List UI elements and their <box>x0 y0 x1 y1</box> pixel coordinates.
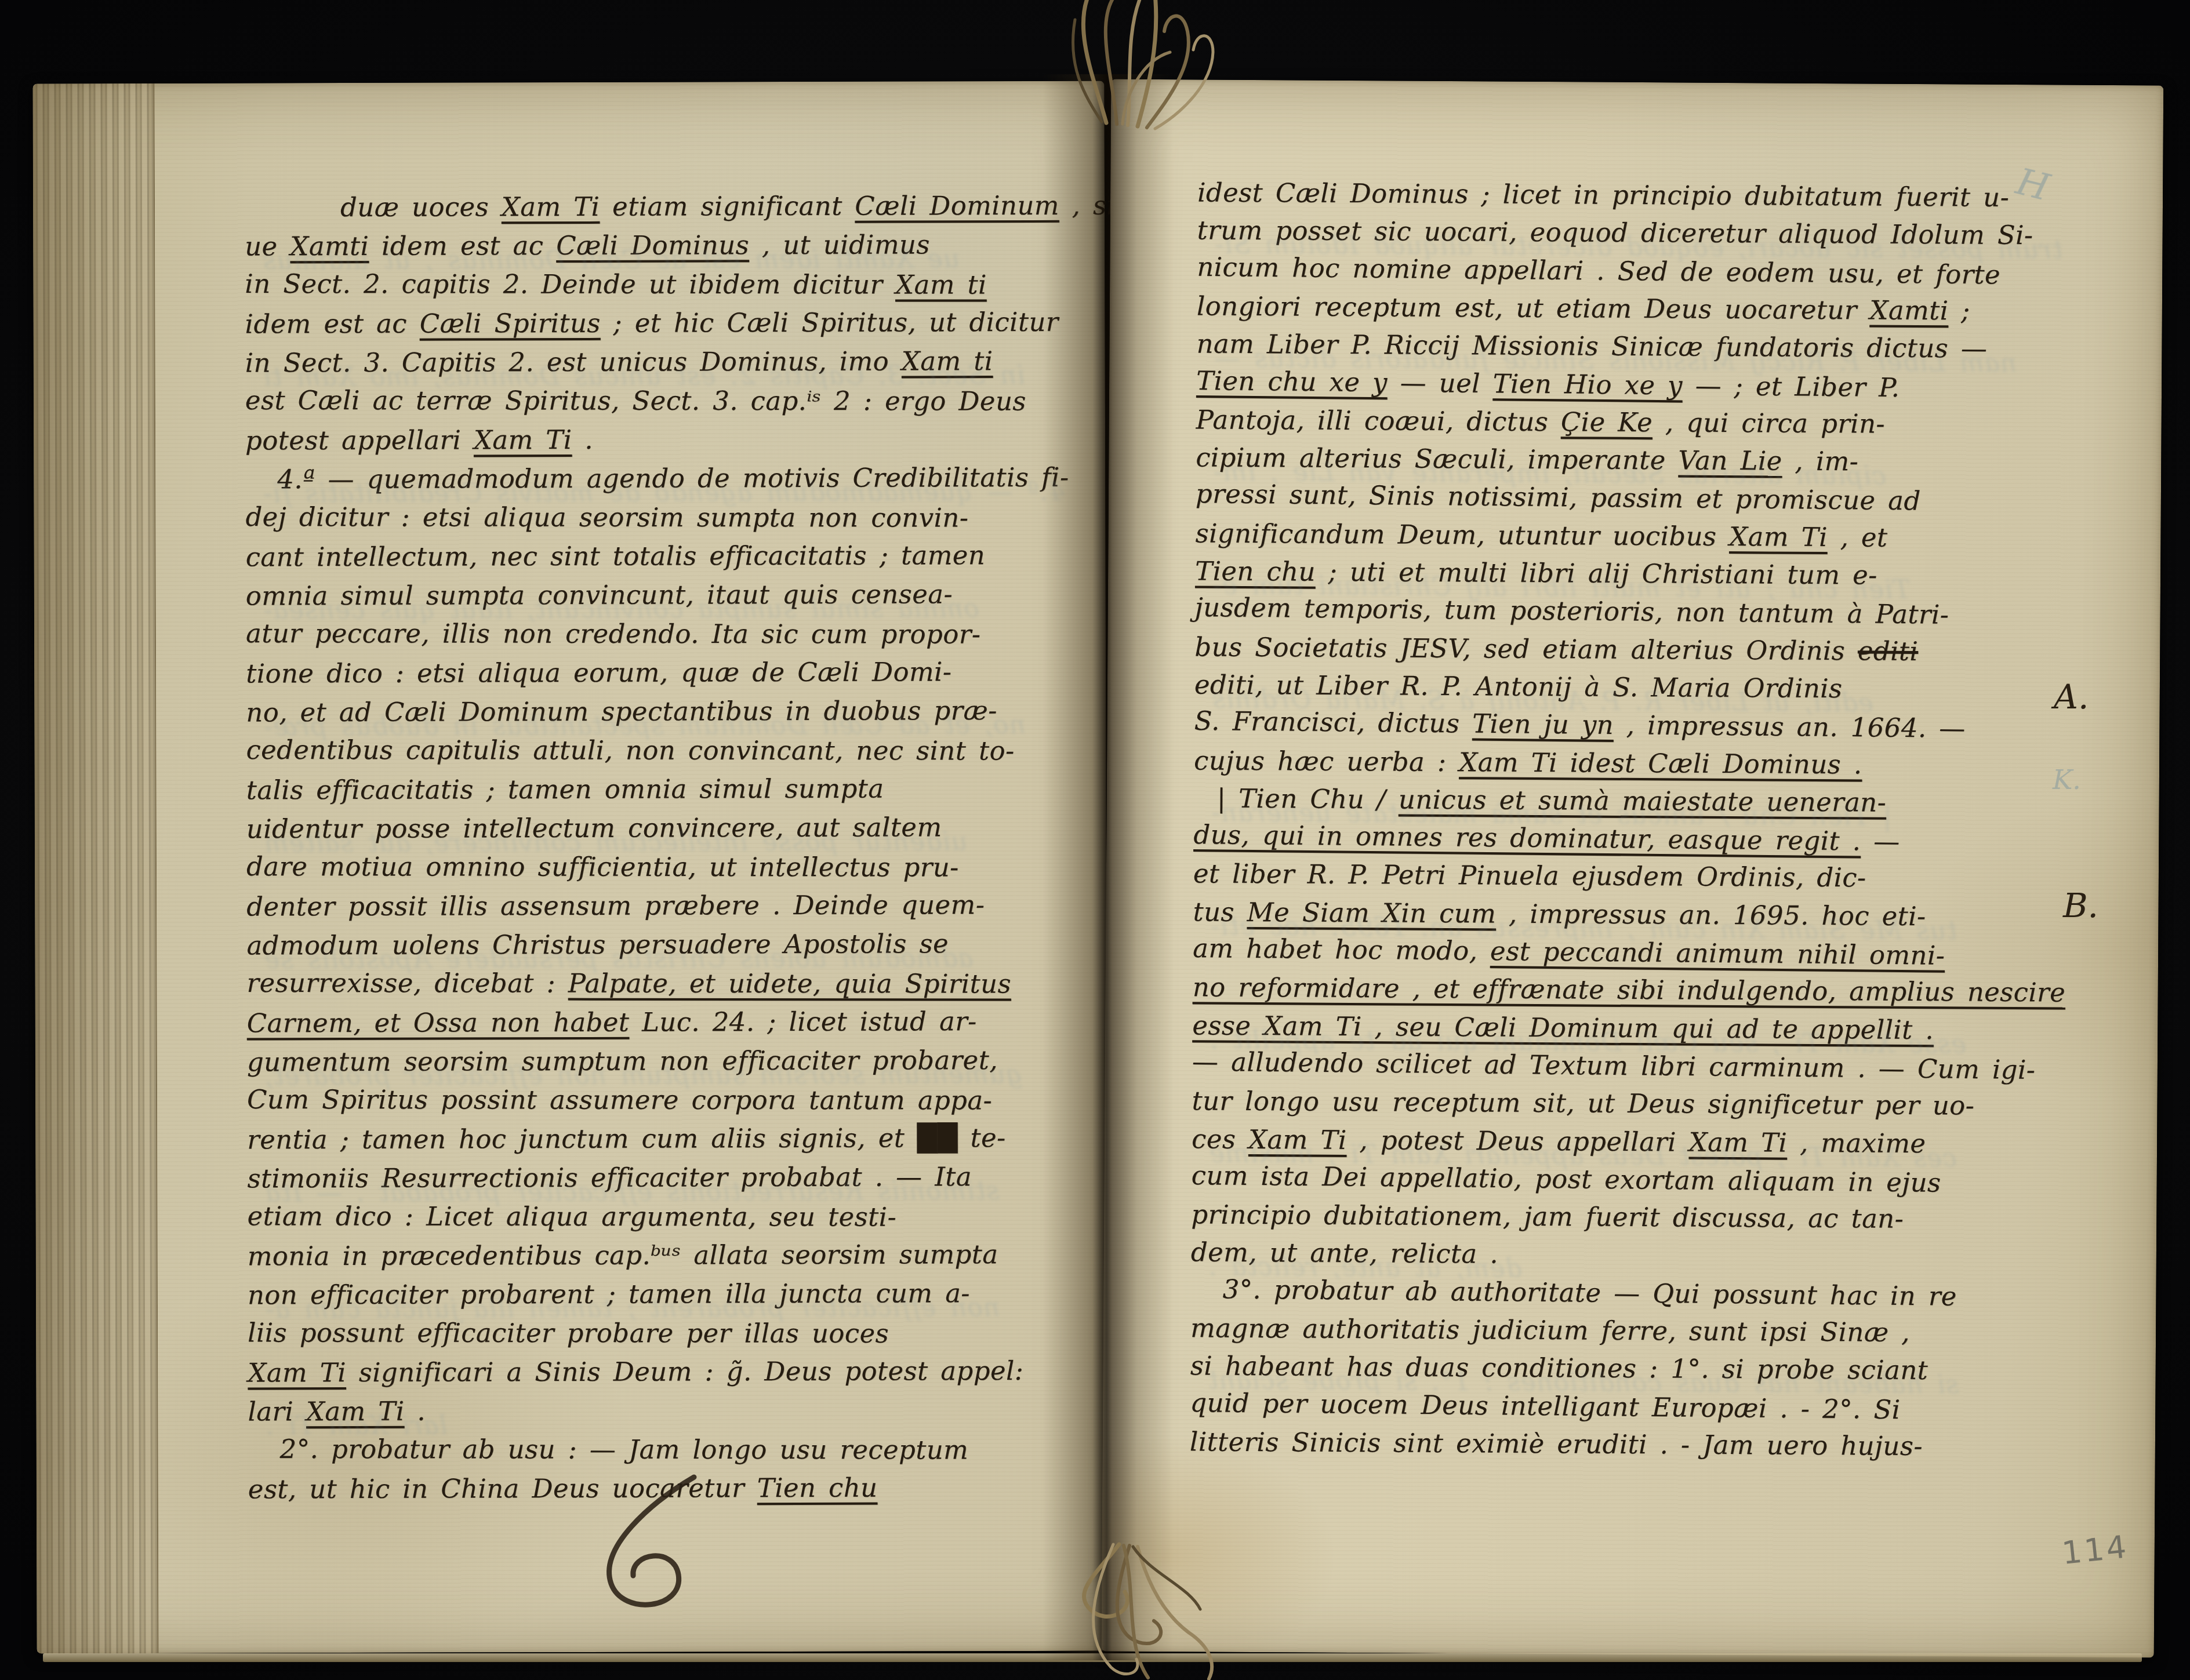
show-through-ghost: admodum uolens Christus persuadere Apost… <box>264 946 973 973</box>
manuscript-line: Pantoja, illi coæui, dictus Çie Ke , qui… <box>1196 406 1886 437</box>
book-gutter <box>1043 74 1174 1660</box>
manuscript-line: bus Societatis JESV, sed etiam alterius … <box>1194 634 1918 664</box>
fore-edge-page-stack <box>32 83 158 1654</box>
show-through-ghost: uidentur posse intellectum convincere, a… <box>264 829 968 856</box>
manuscript-line: principio dubitationem, jam fuerit discu… <box>1191 1201 1904 1232</box>
margin-note-k-pencil: K. <box>2053 764 2081 795</box>
show-through-ghost: in Sect. 3. Capitis 2. est unicus Dominu… <box>263 363 1025 390</box>
manuscript-line: litteris Sinicis sint eximiè eruditi . -… <box>1190 1428 1923 1459</box>
show-through-ghost: Tien chu ; uti et multi libri alij Chris… <box>1212 573 1911 603</box>
show-through-ghost: esse Xam Ti , seu Cæli Dominum qui ad te… <box>1210 1028 1966 1058</box>
manuscript-line: talis efficacitatis ; tamen omnia simul … <box>246 776 884 803</box>
margin-note-b: B. <box>2063 886 2098 925</box>
manuscript-line: longiori receptum est, ut etiam Deus uoc… <box>1197 293 1970 323</box>
show-through-ghost: editi, ut Liber R. P. Antonij à S. Maria… <box>1212 687 1874 717</box>
manuscript-line: significandum Deum, utuntur uocibus Xam … <box>1195 520 1887 550</box>
manuscript-line: rentia ; tamen hoc junctum cum aliis sig… <box>247 1125 1006 1152</box>
manuscript-line: idest Cæli Dominus ; licet in principio … <box>1197 179 2009 210</box>
manuscript-line: cujus hæc uerba : Xam Ti idest Cæli Domi… <box>1194 747 1862 777</box>
show-through-ghost: 4.ª — quemadmodum agendo de motivis Cred… <box>263 479 1065 507</box>
show-through-ghost: non efficaciter probarent ; tamen illa j… <box>265 1295 1000 1322</box>
margin-note-a: A. <box>2054 677 2089 717</box>
manuscript-line: denter possit illis assensum præbere . D… <box>246 892 985 919</box>
show-through-ghost: | Tien Chu / unicus et sumà maiestate ue… <box>1211 801 1891 830</box>
show-through-ghost: trum posset sic uocari, eoquod diceretur… <box>1214 232 2062 263</box>
page-number-pencil: 114 <box>2060 1528 2130 1572</box>
manuscript-line: monia in præcedentibus cap.ᵇᵘˢ allata se… <box>248 1241 998 1269</box>
pen-flourish-icon <box>575 1472 732 1617</box>
manuscript-line: potest appellari Xam Ti . <box>245 427 593 454</box>
show-through-ghost: stimoniis Resurrectionis efficaciter pro… <box>264 1179 999 1206</box>
show-through-ghost: ces Xam Ti , potest Deus appellari Xam T… <box>1209 1141 1957 1172</box>
manuscript-line: cant intellectum, nec sint totalis effic… <box>246 542 986 570</box>
binding-threads-bottom-icon <box>945 1540 1316 1680</box>
show-through-ghost: ue Xamti idem est ac Cæli Dominus , ut u… <box>262 246 960 274</box>
manuscript-line: Xam Ti significari a Sinis Deum : g̃. De… <box>248 1358 1023 1386</box>
manuscript-line: tur longo usu receptum sit, ut Deus sign… <box>1192 1088 1974 1118</box>
binding-threads-top-icon <box>951 0 1310 138</box>
manuscript-line: et liber R. P. Petri Pinuela ejusdem Ord… <box>1193 860 1866 890</box>
manuscript-line: est, ut hic in China Deus uocaretur Tien… <box>248 1475 878 1503</box>
show-through-ghost: si habeant has duas conditiones : 1°. si… <box>1207 1368 1959 1398</box>
manuscript-line: tione dico : etsi aliqua eorum, quæ de C… <box>246 659 951 686</box>
manuscript-scan: duæ uoces Xam Ti etiam significant Cæli … <box>0 0 2190 1680</box>
right-page: idest Cæli Dominus ; licet in principio … <box>1102 79 2164 1657</box>
show-through-ghost: no, et ad Cæli Dominum spectantibus in d… <box>263 712 1026 740</box>
manuscript-line: duæ uoces Xam Ti etiam significant Cæli … <box>340 192 1124 220</box>
show-through-ghost: tus Me Siam Xin cum , impressus an. 1695… <box>1210 914 1957 944</box>
manuscript-line: Carnem, et Ossa non habet Luc. 24. ; lic… <box>247 1008 977 1036</box>
show-through-ghost: gumentum seorsim sumptum non efficaciter… <box>264 1062 1022 1089</box>
show-through-ghost: dem, ut ante, relicta . <box>1208 1254 1522 1282</box>
show-through-ghost: lari Xam Ti . <box>265 1413 447 1439</box>
manuscript-line: magnæ authoritatis judicium ferre, sunt … <box>1190 1315 1910 1346</box>
manuscript-line: no reformidare , et effrænate sibi indul… <box>1193 974 2066 1005</box>
manuscript-line: idem est ac Cæli Spiritus ; et hic Cæli … <box>245 309 1058 337</box>
show-through-ghost: nam Liber P. Riccij Missionis Sinicæ fun… <box>1214 346 2017 376</box>
show-through-ghost: omnia simul sumpta convincunt, itaut qui… <box>263 596 979 623</box>
left-page: duæ uoces Xam Ti etiam significant Cæli … <box>32 81 1108 1654</box>
show-through-ghost: cipium alterius Sæculi, imperante Van Li… <box>1213 460 1886 489</box>
